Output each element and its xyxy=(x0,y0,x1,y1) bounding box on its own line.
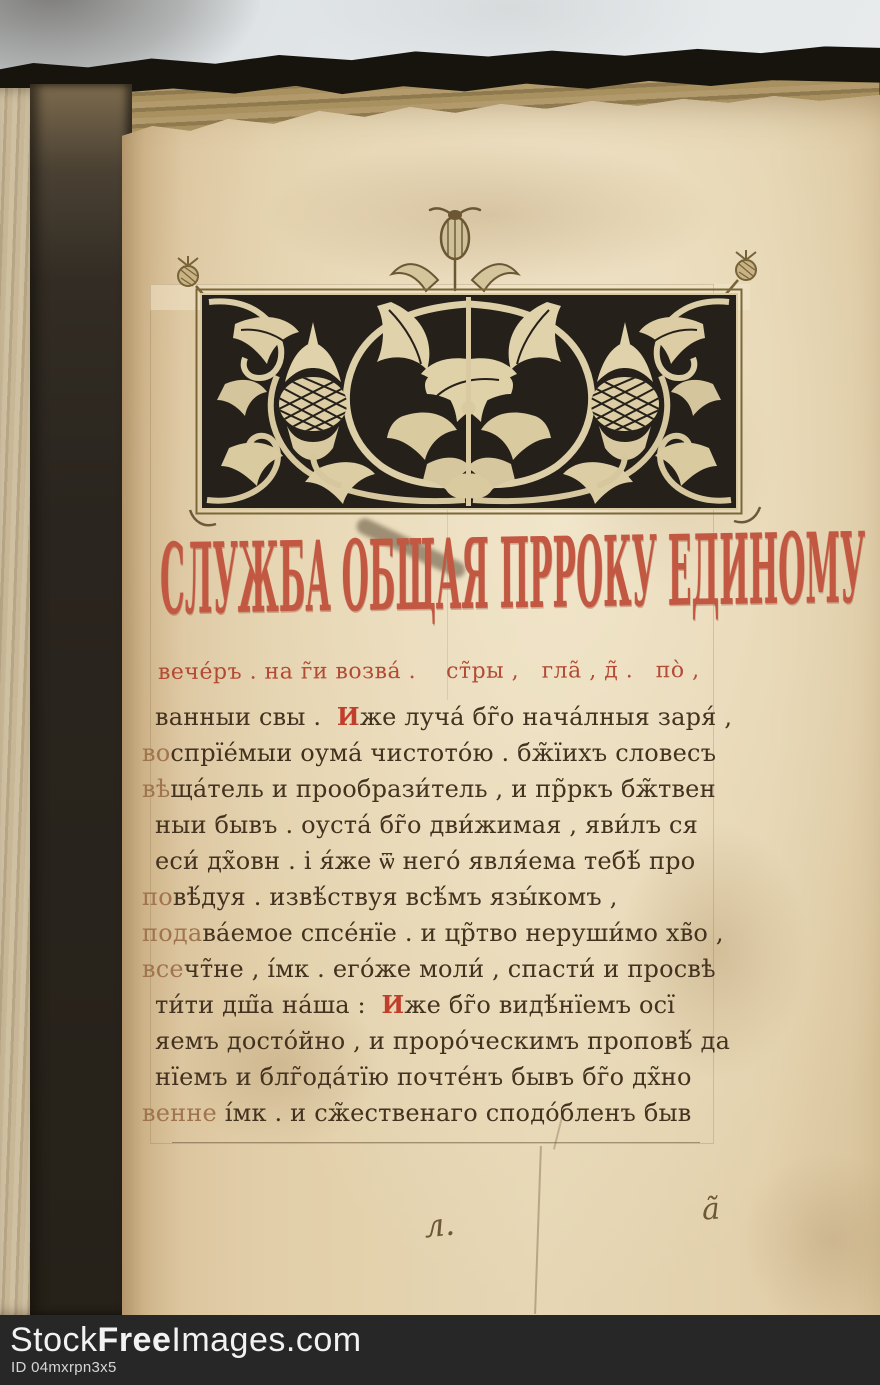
body-line: нїемъ и блг̃ода́тїю почте́нъ бывъ бг̃о д… xyxy=(155,1059,730,1095)
body-line: всечт̃не , і́мк . его́же моли́ , спасти́… xyxy=(155,951,730,987)
text-segment: по xyxy=(142,883,173,911)
woodcut-headpiece xyxy=(195,288,743,515)
text-segment: яемъ досто́йно , и проро́ческимъ проповѣ… xyxy=(155,1027,730,1055)
stock-photo-of-antique-book: СЛУЖБА ОБЩАЯ ПРРОКУ ЕДИНОМУ вече́ръ . на… xyxy=(0,0,880,1385)
watermark-image-id: ID 04mxrpn3x5 xyxy=(11,1359,117,1376)
text-segment: венне xyxy=(142,1099,217,1127)
body-line: повѣ́дуя . извѣ́ствуя всѣ́мъ язы́комъ , xyxy=(155,879,730,915)
rubric-line: вече́ръ . на г̃и возва́ . ст̃ры , гла̃ ,… xyxy=(158,658,700,685)
text-segment: ти́ти дш̃а на́ша : xyxy=(155,991,382,1019)
text-segment: і́мк . и сж̃ественаго сподо́бленъ быв xyxy=(217,1099,692,1127)
body-line: воспрїе́мыи оума́ чистото́ю . бж̃їихъ сл… xyxy=(155,735,730,771)
body-line: еси́ дх̃овн . і я́же ѿ него́ явля́ема те… xyxy=(155,843,730,879)
vyaz-title: СЛУЖБА ОБЩАЯ ПРРОКУ ЕДИНОМУ xyxy=(160,512,865,637)
text-segment: все xyxy=(142,955,184,983)
text-segment: вѣ́дуя . извѣ́ствуя всѣ́мъ язы́комъ , xyxy=(173,883,618,911)
text-segment: еси́ дх̃овн . і я́же ѿ него́ явля́ема те… xyxy=(155,847,695,875)
body-line: подава́емое спсе́нїе . и цр̃тво неруши́м… xyxy=(155,915,730,951)
folio-mark-right: а̃ xyxy=(701,1191,721,1227)
text-segment: И xyxy=(382,990,405,1019)
body-line: ти́ти дш̃а на́ша : Иже бг̃о видѣ́нїемъ о… xyxy=(155,987,730,1023)
book-spine xyxy=(30,84,132,1315)
text-segment: вѣ xyxy=(142,775,170,803)
text-segment: ва́емое спсе́нїе . и цр̃тво неруши́мо хв… xyxy=(202,919,723,947)
text-segment: ныи бывъ . оуста́ бг̃о дви́жимая , яви́л… xyxy=(155,811,698,839)
text-segment: ванныи свы . xyxy=(155,703,337,731)
watermark-brand: StockFreeImages.com xyxy=(10,1321,362,1360)
body-line: ванныи свы . Иже луча́ бг̃о нача́лныя за… xyxy=(155,699,730,735)
brand-free: Free xyxy=(98,1321,172,1359)
body-line: яемъ досто́йно , и проро́ческимъ проповѣ… xyxy=(155,1023,730,1059)
patch-bottom-rule xyxy=(172,1142,700,1143)
body-line: ныи бывъ . оуста́ бг̃о дви́жимая , яви́л… xyxy=(155,807,730,843)
body-line: венне і́мк . и сж̃ественаго сподо́бленъ … xyxy=(155,1095,730,1131)
brand-stock: Stock xyxy=(10,1321,98,1359)
text-segment: же луча́ бг̃о нача́лныя заря́ , xyxy=(360,703,732,731)
body-line: вѣща́тель и прообрази́тель , и пр̃ркъ бж… xyxy=(155,771,730,807)
brand-suffix: Images.com xyxy=(171,1321,361,1359)
text-segment: пода xyxy=(142,919,202,947)
text-segment: во xyxy=(142,739,170,767)
body-text: ванныи свы . Иже луча́ бг̃о нача́лныя за… xyxy=(155,699,730,1131)
text-segment: ща́тель и прообрази́тель , и пр̃ркъ бж̃т… xyxy=(170,775,715,803)
text-segment: чт̃не , і́мк . его́же моли́ , спасти́ и … xyxy=(184,955,716,983)
text-segment: же бг̃о видѣ́нїемъ осї xyxy=(404,991,675,1019)
folio-mark-left: л. xyxy=(422,1205,456,1246)
text-segment: нїемъ и блг̃ода́тїю почте́нъ бывъ бг̃о д… xyxy=(155,1063,692,1091)
text-segment: И xyxy=(337,702,360,731)
stain xyxy=(740,1150,880,1330)
pomegranate-bud-finial-icon xyxy=(378,198,533,293)
watermark-bar: StockFreeImages.com ID 04mxrpn3x5 xyxy=(0,1315,880,1385)
text-segment: спрїе́мыи оума́ чистото́ю . бж̃їихъ слов… xyxy=(170,739,716,767)
